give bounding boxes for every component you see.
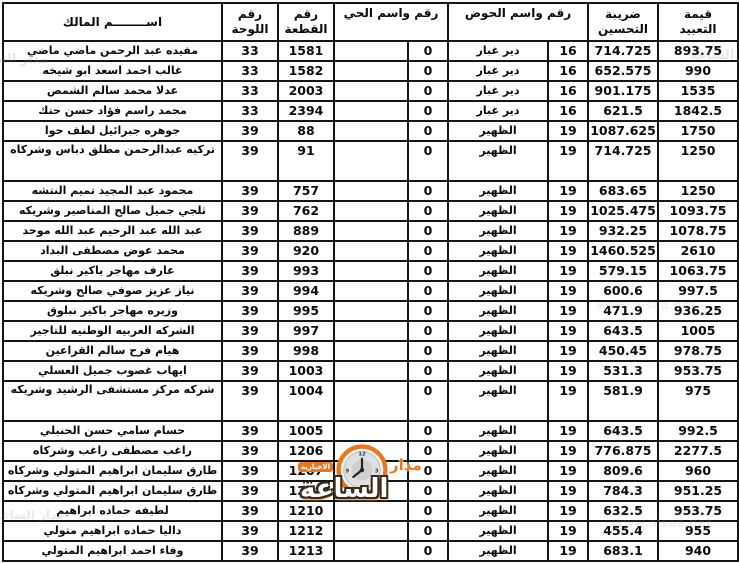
basin-number-cell: 19 [548,301,588,321]
owner-name-cell: حسام سامي حسن الحنبلي [3,421,222,441]
table-row: وفاء احمد ابراهيم المتولي3912130الظهير19… [3,541,738,561]
district-name-cell [334,421,408,441]
paving-value-cell: 940 [658,541,738,561]
improvement-tax-cell: 683.65 [588,181,658,201]
sheet-number-cell: 39 [222,221,278,241]
district-number-cell: 0 [408,421,448,441]
sheet-number-cell: 39 [222,181,278,201]
column-header-basin: رقم واسم الحوض [448,3,588,41]
parcel-number-cell: 2394 [278,101,334,121]
parcel-number-cell: 1212 [278,521,334,541]
basin-number-cell: 19 [548,501,588,521]
parcel-number-cell: 1004 [278,381,334,421]
sheet-number-cell: 39 [222,481,278,501]
basin-name-cell: الظهير [448,521,548,541]
improvement-tax-cell: 932.25 [588,221,658,241]
basin-name-cell: الظهير [448,461,548,481]
district-name-cell [334,321,408,341]
basin-number-cell: 19 [548,341,588,361]
paving-value-cell: 1535 [658,81,738,101]
basin-name-cell: الظهير [448,321,548,341]
improvement-tax-cell: 450.45 [588,341,658,361]
owner-name-cell: عبد الله عبد الرحيم عبد الله موحد [3,221,222,241]
district-number-cell: 0 [408,201,448,221]
district-number-cell: 0 [408,181,448,201]
district-number-cell: 0 [408,541,448,561]
basin-number-cell: 19 [548,441,588,461]
sheet-number-cell: 39 [222,341,278,361]
owner-name-cell: شركه مركز مستشفى الرشيد وشريكه [3,381,222,421]
table-row: لطيفه حماده ابراهيم3912100الظهير19632.59… [3,501,738,521]
table-row: راغب مصطفى راغب وشركاه3912060الظهير19776… [3,441,738,461]
paving-value-cell: 953.75 [658,501,738,521]
basin-number-cell: 19 [548,141,588,181]
district-name-cell [334,141,408,181]
improvement-tax-cell: 714.725 [588,41,658,61]
basin-number-cell: 16 [548,101,588,121]
owner-name-cell: طارق سليمان ابراهيم المتولي وشركاه [3,481,222,501]
table-row: محمد عوض مصطفى البداد399200الظهير191460.… [3,241,738,261]
column-header-improvement-tax: ضريبة التحسين [588,3,658,41]
table-row: تركيه عبدالرحمن مطلق دباس وشركاه39910الظ… [3,141,738,181]
basin-name-cell: الظهير [448,241,548,261]
district-number-cell: 0 [408,341,448,361]
sheet-number-cell: 39 [222,361,278,381]
owner-name-cell: محمد راسم فؤاد حسن حتك [3,101,222,121]
improvement-tax-cell: 1087.625 [588,121,658,141]
parcel-number-cell: 1003 [278,361,334,381]
sheet-number-cell: 39 [222,141,278,181]
owner-name-cell: لطيفه حماده ابراهيم [3,501,222,521]
district-number-cell: 0 [408,61,448,81]
basin-number-cell: 19 [548,321,588,341]
table-row: الشركه العربيه الوطنيه للتاجير399970الظه… [3,321,738,341]
basin-number-cell: 16 [548,81,588,101]
sheet-number-cell: 39 [222,281,278,301]
owner-name-cell: راغب مصطفى راغب وشركاه [3,441,222,461]
column-header-sheet-number: رقم اللوحة [222,3,278,41]
parcel-number-cell: 920 [278,241,334,261]
parcel-number-cell: 1005 [278,421,334,441]
parcel-number-cell: 762 [278,201,334,221]
table-row: طارق سليمان ابراهيم المتولي وشركاه391208… [3,481,738,501]
parcel-number-cell: 1581 [278,41,334,61]
tax-table: اســــــــم المالك رقم اللوحة رقم القطعة… [2,2,739,562]
basin-name-cell: دير غبار [448,41,548,61]
improvement-tax-cell: 809.6 [588,461,658,481]
district-name-cell [334,521,408,541]
parcel-number-cell: 757 [278,181,334,201]
sheet-number-cell: 39 [222,261,278,281]
owner-name-cell: محمود عبد المجيد تميم النتشه [3,181,222,201]
owner-name-cell: ايهاب غصوب جميل العسلي [3,361,222,381]
sheet-number-cell: 33 [222,101,278,121]
basin-name-cell: الظهير [448,381,548,421]
district-number-cell: 0 [408,301,448,321]
column-header-owner-name: اســــــــم المالك [3,3,222,41]
district-number-cell: 0 [408,361,448,381]
district-number-cell: 0 [408,441,448,461]
district-name-cell [334,101,408,121]
paving-value-cell: 960 [658,461,738,481]
district-number-cell: 0 [408,521,448,541]
district-number-cell: 0 [408,121,448,141]
improvement-tax-cell: 1025.475 [588,201,658,221]
basin-number-cell: 19 [548,121,588,141]
basin-name-cell: دير غبار [448,101,548,121]
table-row: نياز عزيز صوفي صالح وشريكه399940الظهير19… [3,281,738,301]
improvement-tax-cell: 683.1 [588,541,658,561]
basin-name-cell: الظهير [448,201,548,221]
parcel-number-cell: 998 [278,341,334,361]
basin-name-cell: الظهير [448,341,548,361]
table-row: ايهاب غصوب جميل العسلي3910030الظهير19531… [3,361,738,381]
basin-name-cell: الظهير [448,141,548,181]
basin-number-cell: 19 [548,241,588,261]
paving-value-cell: 1005 [658,321,738,341]
improvement-tax-cell: 784.3 [588,481,658,501]
parcel-number-cell: 91 [278,141,334,181]
improvement-tax-cell: 531.3 [588,361,658,381]
district-number-cell: 0 [408,461,448,481]
paving-value-cell: 978.75 [658,341,738,361]
owner-name-cell: وفاء احمد ابراهيم المتولي [3,541,222,561]
column-header-district: رقم واسم الحي [334,3,448,41]
basin-number-cell: 16 [548,41,588,61]
paving-value-cell: 951.25 [658,481,738,501]
improvement-tax-cell: 714.725 [588,141,658,181]
table-row: مفيده عبد الرحمن ماضي ماضي3315810دير غبا… [3,41,738,61]
paving-value-cell: 1750 [658,121,738,141]
owner-name-cell: عدلا محمد سالم الشمص [3,81,222,101]
parcel-number-cell: 994 [278,281,334,301]
district-number-cell: 0 [408,261,448,281]
improvement-tax-cell: 643.5 [588,321,658,341]
parcel-number-cell: 993 [278,261,334,281]
basin-number-cell: 19 [548,481,588,501]
table-row: محمد راسم فؤاد حسن حتك3323940دير غبار166… [3,101,738,121]
basin-name-cell: الظهير [448,441,548,461]
basin-name-cell: الظهير [448,121,548,141]
basin-number-cell: 19 [548,361,588,381]
parcel-number-cell: 1582 [278,61,334,81]
improvement-tax-cell: 579.15 [588,261,658,281]
basin-number-cell: 19 [548,221,588,241]
paving-value-cell: 1250 [658,181,738,201]
district-name-cell [334,301,408,321]
district-number-cell: 0 [408,221,448,241]
improvement-tax-cell: 776.875 [588,441,658,461]
improvement-tax-cell: 652.575 [588,61,658,81]
paving-value-cell: 975 [658,381,738,421]
table-row: عبد الله عبد الرحيم عبد الله موحد398890ا… [3,221,738,241]
basin-number-cell: 19 [548,201,588,221]
table-row: شركه مركز مستشفى الرشيد وشريكه3910040الظ… [3,381,738,421]
district-name-cell [334,181,408,201]
district-name-cell [334,121,408,141]
district-name-cell [334,81,408,101]
district-name-cell [334,341,408,361]
owner-name-cell: جوهره جبرائيل لطف حوا [3,121,222,141]
paving-value-cell: 1063.75 [658,261,738,281]
basin-name-cell: الظهير [448,181,548,201]
district-name-cell [334,201,408,221]
basin-name-cell: الظهير [448,361,548,381]
improvement-tax-cell: 471.9 [588,301,658,321]
parcel-number-cell: 1208 [278,481,334,501]
basin-name-cell: دير غبار [448,81,548,101]
district-number-cell: 0 [408,241,448,261]
district-number-cell: 0 [408,81,448,101]
owner-name-cell: هيام فرح سالم القراعين [3,341,222,361]
sheet-number-cell: 39 [222,321,278,341]
sheet-number-cell: 33 [222,81,278,101]
district-name-cell [334,461,408,481]
basin-number-cell: 19 [548,261,588,281]
parcel-number-cell: 2003 [278,81,334,101]
parcel-number-cell: 1210 [278,501,334,521]
basin-number-cell: 19 [548,381,588,421]
parcel-number-cell: 1207 [278,461,334,481]
paving-value-cell: 1093.75 [658,201,738,221]
table-row: عارف مهاجر باكير نبلق399930الظهير19579.1… [3,261,738,281]
basin-name-cell: الظهير [448,481,548,501]
paving-value-cell: 1842.5 [658,101,738,121]
paving-value-cell: 953.75 [658,361,738,381]
district-name-cell [334,41,408,61]
improvement-tax-cell: 632.5 [588,501,658,521]
basin-name-cell: دير غبار [448,61,548,81]
improvement-tax-cell: 581.9 [588,381,658,421]
parcel-number-cell: 88 [278,121,334,141]
table-row: طارق سليمان ابراهيم المتولي وشركاه391207… [3,461,738,481]
district-name-cell [334,541,408,561]
table-row: ثلجي جميل صالح المناصير وشريكه397620الظه… [3,201,738,221]
district-number-cell: 0 [408,281,448,301]
scanned-tax-table-page: اســــــــم المالك رقم اللوحة رقم القطعة… [0,0,739,563]
owner-name-cell: عارف مهاجر باكير نبلق [3,261,222,281]
parcel-number-cell: 1206 [278,441,334,461]
column-header-parcel-number: رقم القطعة [278,3,334,41]
sheet-number-cell: 39 [222,501,278,521]
improvement-tax-cell: 1460.525 [588,241,658,261]
basin-number-cell: 19 [548,421,588,441]
owner-name-cell: ثلجي جميل صالح المناصير وشريكه [3,201,222,221]
basin-name-cell: الظهير [448,421,548,441]
owner-name-cell: محمد عوض مصطفى البداد [3,241,222,261]
basin-number-cell: 19 [548,521,588,541]
paving-value-cell: 1078.75 [658,221,738,241]
district-name-cell [334,361,408,381]
basin-name-cell: الظهير [448,301,548,321]
basin-name-cell: الظهير [448,281,548,301]
paving-value-cell: 997.5 [658,281,738,301]
table-row: حسام سامي حسن الحنبلي3910050الظهير19643.… [3,421,738,441]
district-number-cell: 0 [408,481,448,501]
paving-value-cell: 936.25 [658,301,738,321]
header-row: اســــــــم المالك رقم اللوحة رقم القطعة… [3,3,738,41]
parcel-number-cell: 1213 [278,541,334,561]
paving-value-cell: 955 [658,521,738,541]
basin-name-cell: الظهير [448,261,548,281]
owner-name-cell: الشركه العربيه الوطنيه للتاجير [3,321,222,341]
sheet-number-cell: 39 [222,241,278,261]
paving-value-cell: 990 [658,61,738,81]
paving-value-cell: 893.75 [658,41,738,61]
district-name-cell [334,441,408,461]
district-number-cell: 0 [408,141,448,181]
sheet-number-cell: 33 [222,41,278,61]
table-row: داليا حماده ابراهيم متولي3912120الظهير19… [3,521,738,541]
parcel-number-cell: 997 [278,321,334,341]
table-row: محمود عبد المجيد تميم النتشه397570الظهير… [3,181,738,201]
improvement-tax-cell: 621.5 [588,101,658,121]
sheet-number-cell: 39 [222,541,278,561]
basin-number-cell: 19 [548,181,588,201]
district-name-cell [334,241,408,261]
district-number-cell: 0 [408,501,448,521]
table-row: جوهره جبرائيل لطف حوا39880الظهير191087.6… [3,121,738,141]
parcel-number-cell: 889 [278,221,334,241]
basin-number-cell: 16 [548,61,588,81]
owner-name-cell: داليا حماده ابراهيم متولي [3,521,222,541]
table-row: وزيره مهاجر باكير نبلوق399950الظهير19471… [3,301,738,321]
paving-value-cell: 992.5 [658,421,738,441]
basin-number-cell: 19 [548,461,588,481]
district-name-cell [334,381,408,421]
sheet-number-cell: 39 [222,121,278,141]
sheet-number-cell: 33 [222,61,278,81]
improvement-tax-cell: 455.4 [588,521,658,541]
basin-number-cell: 19 [548,281,588,301]
table-row: عدلا محمد سالم الشمص3320030دير غبار16901… [3,81,738,101]
district-name-cell [334,61,408,81]
sheet-number-cell: 39 [222,201,278,221]
district-name-cell [334,281,408,301]
district-name-cell [334,501,408,521]
sheet-number-cell: 39 [222,421,278,441]
improvement-tax-cell: 600.6 [588,281,658,301]
table-body: مفيده عبد الرحمن ماضي ماضي3315810دير غبا… [3,41,738,561]
table-row: غالب احمد اسعد ابو شيخه3315820دير غبار16… [3,61,738,81]
basin-name-cell: الظهير [448,541,548,561]
basin-name-cell: الظهير [448,501,548,521]
district-number-cell: 0 [408,41,448,61]
sheet-number-cell: 39 [222,521,278,541]
paving-value-cell: 2610 [658,241,738,261]
owner-name-cell: غالب احمد اسعد ابو شيخه [3,61,222,81]
district-name-cell [334,481,408,501]
owner-name-cell: تركيه عبدالرحمن مطلق دباس وشركاه [3,141,222,181]
sheet-number-cell: 39 [222,381,278,421]
owner-name-cell: وزيره مهاجر باكير نبلوق [3,301,222,321]
basin-name-cell: الظهير [448,221,548,241]
owner-name-cell: مفيده عبد الرحمن ماضي ماضي [3,41,222,61]
column-header-paving-value: قيمة التعبيد [658,3,738,41]
parcel-number-cell: 995 [278,301,334,321]
district-name-cell [334,221,408,241]
district-number-cell: 0 [408,381,448,421]
owner-name-cell: نياز عزيز صوفي صالح وشريكه [3,281,222,301]
paving-value-cell: 2277.5 [658,441,738,461]
owner-name-cell: طارق سليمان ابراهيم المتولي وشركاه [3,461,222,481]
improvement-tax-cell: 901.175 [588,81,658,101]
table-row: هيام فرح سالم القراعين399980الظهير19450.… [3,341,738,361]
paving-value-cell: 1250 [658,141,738,181]
improvement-tax-cell: 643.5 [588,421,658,441]
district-name-cell [334,261,408,281]
district-number-cell: 0 [408,321,448,341]
sheet-number-cell: 39 [222,461,278,481]
basin-number-cell: 19 [548,541,588,561]
sheet-number-cell: 39 [222,301,278,321]
sheet-number-cell: 39 [222,441,278,461]
district-number-cell: 0 [408,101,448,121]
